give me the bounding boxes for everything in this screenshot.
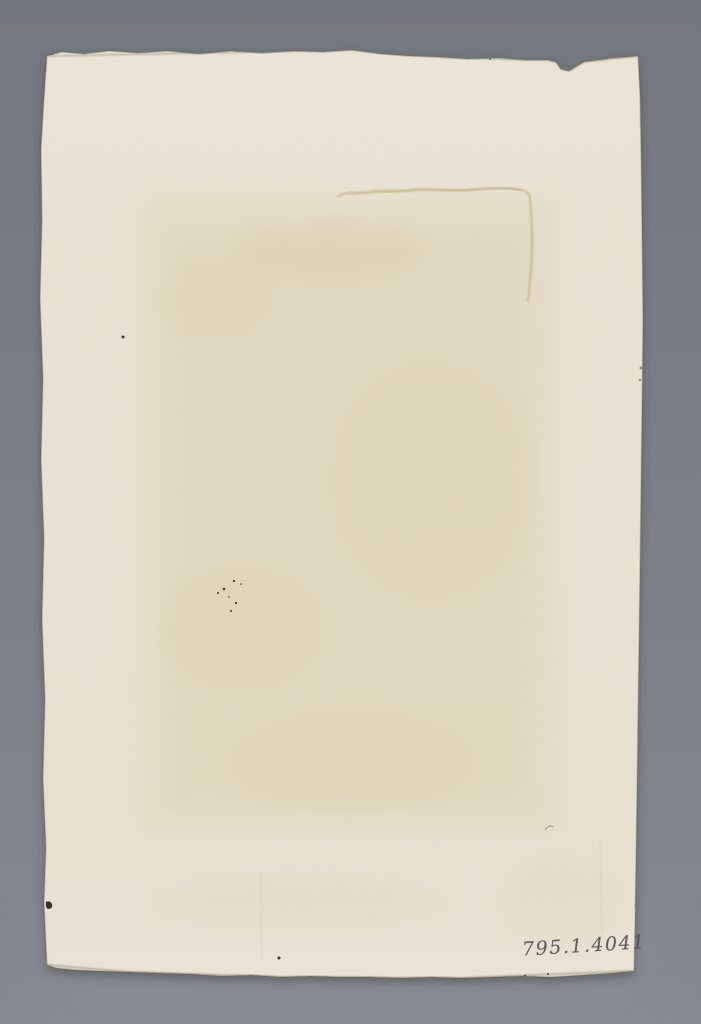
paper-sheet-graphic [0,0,701,1024]
paper-grain-texture [30,40,655,990]
photo-of-paper-verso: 795.1.4041 [0,0,701,1024]
